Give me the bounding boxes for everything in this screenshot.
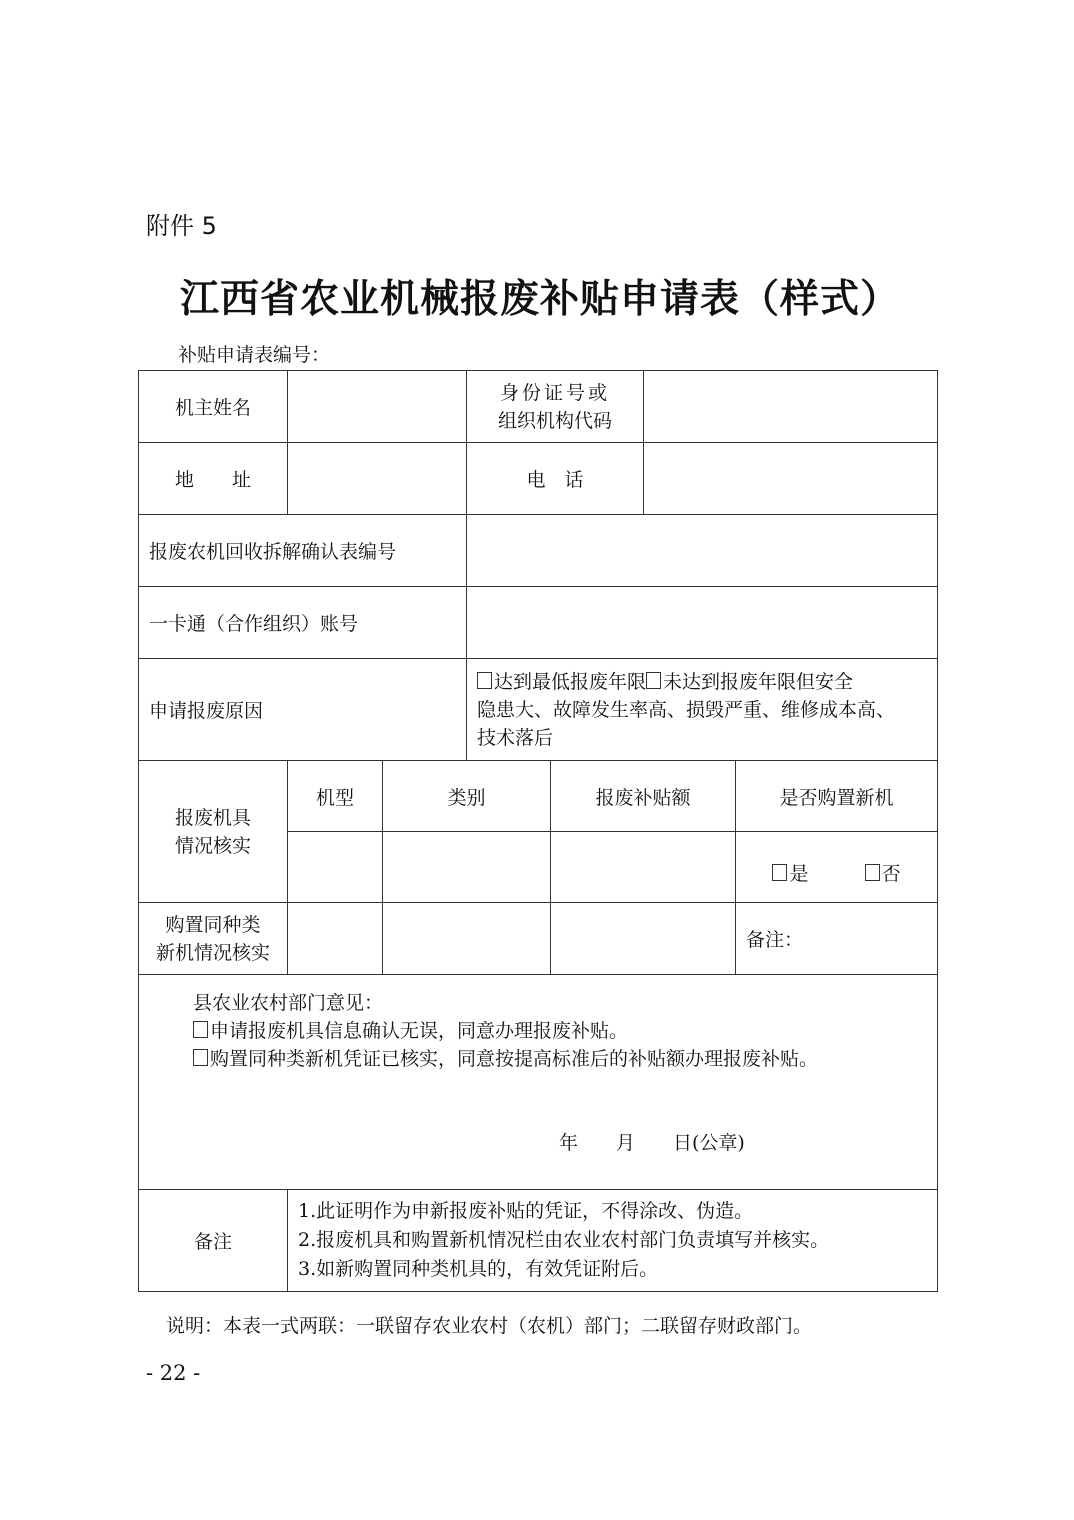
form-number-label: 补贴申请表编号：	[178, 340, 330, 367]
note-item: 3.如新购置同种类机具的，有效凭证附后。	[298, 1255, 937, 1284]
date-seal-line: 年 月 日(公章)	[193, 1129, 937, 1157]
phone-field[interactable]	[644, 443, 938, 515]
scrap-label-line2: 情况核实	[139, 832, 287, 860]
new-purchase-no-checkbox[interactable]	[865, 864, 880, 881]
new-purchase-options: 是 否	[736, 832, 938, 903]
opinion-confirm-checkbox[interactable]	[193, 1021, 208, 1038]
col-model: 机型	[288, 761, 383, 832]
col-new-purchase: 是否购置新机	[736, 761, 938, 832]
recycle-confirm-no-label: 报废农机回收拆解确认表编号	[139, 515, 467, 587]
new-machine-section-label: 购置同种类 新机情况核实	[139, 903, 288, 975]
reason-min-years-checkbox[interactable]	[477, 672, 492, 689]
new-machine-model-field[interactable]	[288, 903, 383, 975]
row-account: 一卡通（合作组织）账号	[139, 587, 938, 659]
new-purchase-yes-checkbox[interactable]	[772, 864, 787, 881]
reason-unsafe-checkbox[interactable]	[646, 672, 661, 689]
col-category: 类别	[383, 761, 551, 832]
scrap-label-line1: 报废机具	[139, 804, 287, 832]
opinion-confirm-label: 申请报废机具信息确认无误，同意办理报废补贴。	[210, 1020, 628, 1042]
row-scrap-header: 报废机具 情况核实 机型 类别 报废补贴额 是否购置新机	[139, 761, 938, 832]
owner-name-field[interactable]	[288, 371, 467, 443]
note-item: 2.报废机具和购置新机情况栏由农业农村部门负责填写并核实。	[298, 1226, 937, 1255]
page-number: - 22 -	[146, 1361, 200, 1385]
document-title: 江西省农业机械报废补贴申请表（样式）	[180, 268, 900, 324]
id-label-line2: 组织机构代码	[467, 407, 643, 435]
explanation-note: 说明：本表一式两联：一联留存农业农村（农机）部门；二联留存财政部门。	[166, 1311, 812, 1338]
notes-list: 1.此证明作为申新报废补贴的凭证，不得涂改、伪造。 2.报废机具和购置新机情况栏…	[288, 1190, 938, 1292]
account-label: 一卡通（合作组织）账号	[139, 587, 467, 659]
scrap-model-field[interactable]	[288, 832, 383, 903]
address-label: 地 址	[139, 443, 288, 515]
reason-min-years-label: 达到最低报废年限	[494, 671, 646, 693]
phone-label: 电 话	[467, 443, 644, 515]
note-item: 1.此证明作为申新报废补贴的凭证，不得涂改、伪造。	[298, 1197, 937, 1226]
new-machine-remark[interactable]: 备注：	[736, 903, 938, 975]
opinion-higher-standard-checkbox[interactable]	[193, 1049, 208, 1066]
scrap-section-label: 报废机具 情况核实	[139, 761, 288, 903]
row-county-opinion: 县农业农村部门意见： 申请报废机具信息确认无误，同意办理报废补贴。 购置同种类新…	[139, 975, 938, 1190]
row-recycle-confirm: 报废农机回收拆解确认表编号	[139, 515, 938, 587]
reason-unsafe-label-1: 未达到报废年限但安全	[663, 671, 853, 693]
row-new-machine: 购置同种类 新机情况核实 备注：	[139, 903, 938, 975]
subsidy-application-form: 机主姓名 身份证号或 组织机构代码 地 址 电 话 报废农机回收拆解确认表编号 …	[138, 370, 938, 1292]
county-opinion-title: 县农业农村部门意见：	[193, 989, 937, 1017]
reason-options: 达到最低报废年限未达到报废年限但安全 隐患大、故障发生率高、损毁严重、维修成本高…	[467, 659, 938, 761]
reason-label: 申请报废原因	[139, 659, 467, 761]
opinion-higher-standard-label: 购置同种类新机凭证已核实，同意按提高标准后的补贴额办理报废补贴。	[210, 1048, 818, 1070]
new-purchase-yes-label: 是	[789, 863, 808, 885]
county-opinion-cell: 县农业农村部门意见： 申请报废机具信息确认无误，同意办理报废补贴。 购置同种类新…	[139, 975, 938, 1190]
row-reason: 申请报废原因 达到最低报废年限未达到报废年限但安全 隐患大、故障发生率高、损毁严…	[139, 659, 938, 761]
notes-label: 备注	[139, 1190, 288, 1292]
col-subsidy-amount: 报废补贴额	[551, 761, 736, 832]
reason-unsafe-label-3: 技术落后	[477, 724, 931, 752]
attachment-label: 附件 5	[146, 206, 217, 241]
id-number-label: 身份证号或 组织机构代码	[467, 371, 644, 443]
id-label-line1: 身份证号或	[467, 379, 643, 407]
recycle-confirm-no-field[interactable]	[467, 515, 938, 587]
row-address: 地 址 电 话	[139, 443, 938, 515]
new-machine-amount-field[interactable]	[551, 903, 736, 975]
scrap-category-field[interactable]	[383, 832, 551, 903]
id-number-field[interactable]	[644, 371, 938, 443]
new-purchase-no-label: 否	[882, 863, 901, 885]
reason-unsafe-label-2: 隐患大、故障发生率高、损毁严重、维修成本高、	[477, 696, 931, 724]
account-field[interactable]	[467, 587, 938, 659]
owner-name-label: 机主姓名	[139, 371, 288, 443]
new-machine-category-field[interactable]	[383, 903, 551, 975]
row-notes: 备注 1.此证明作为申新报废补贴的凭证，不得涂改、伪造。 2.报废机具和购置新机…	[139, 1190, 938, 1292]
row-owner: 机主姓名 身份证号或 组织机构代码	[139, 371, 938, 443]
address-field[interactable]	[288, 443, 467, 515]
scrap-subsidy-field[interactable]	[551, 832, 736, 903]
new-machine-label-line2: 新机情况核实	[139, 939, 287, 967]
new-machine-label-line1: 购置同种类	[139, 911, 287, 939]
